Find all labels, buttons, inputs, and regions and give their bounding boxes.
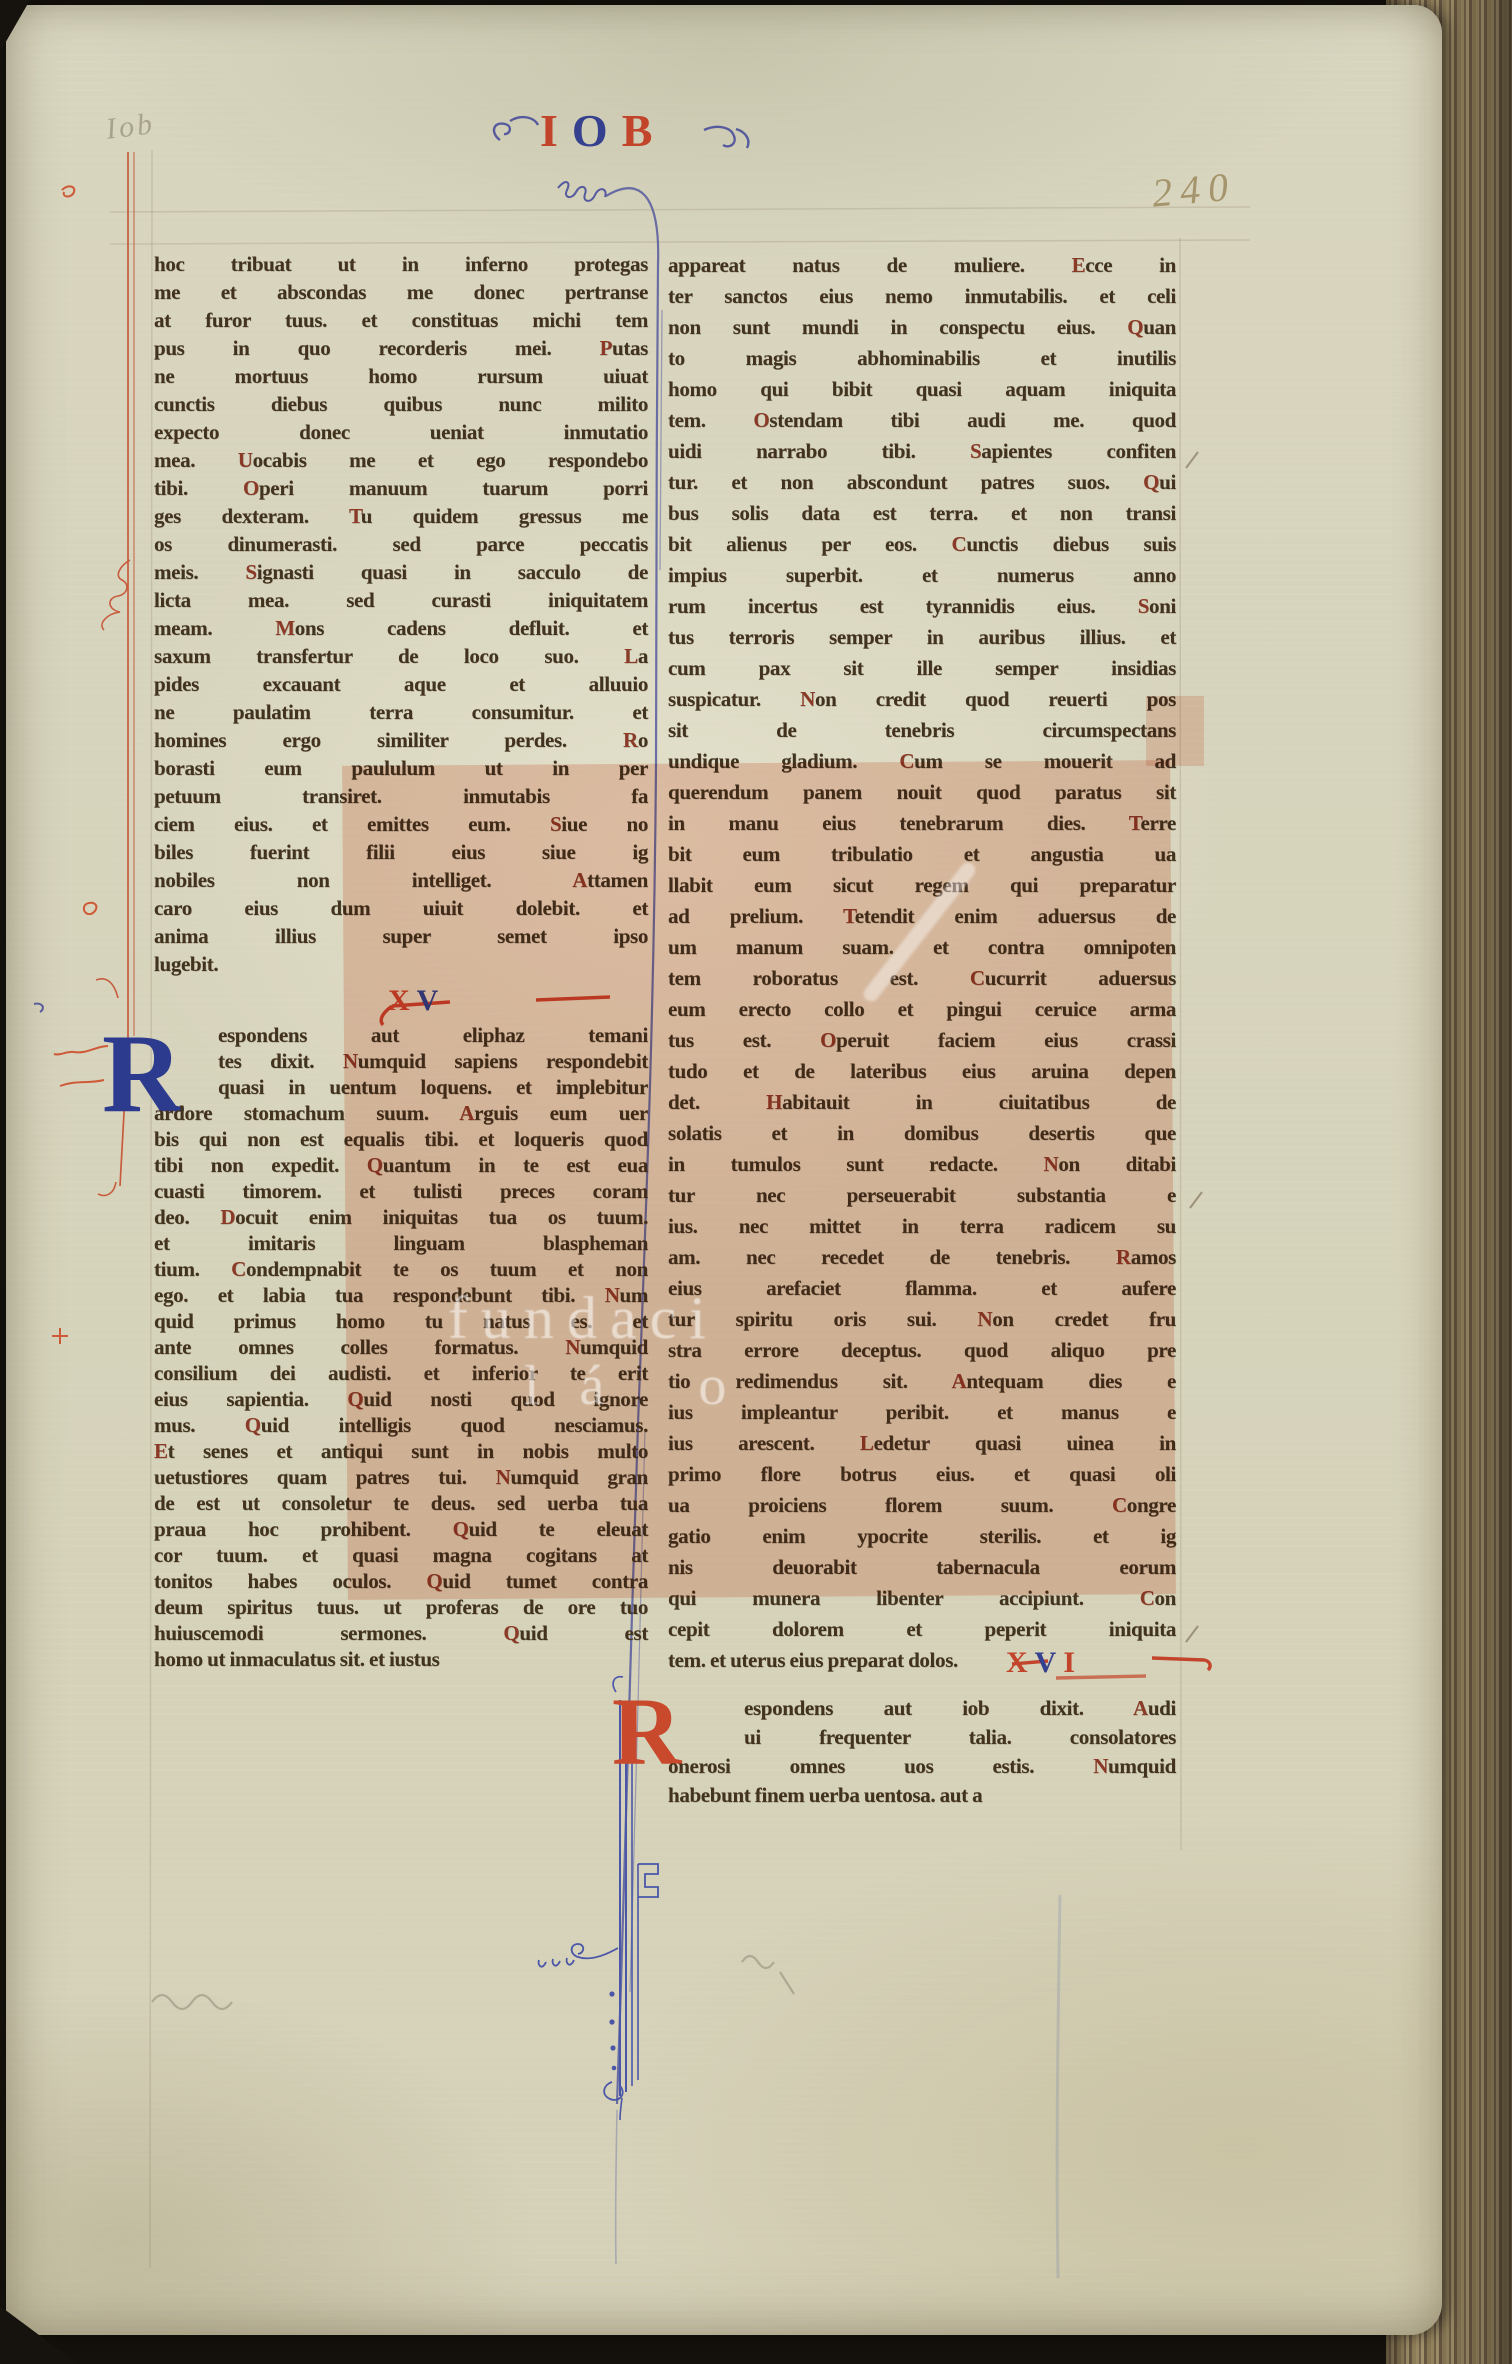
manuscript-line: sit de tenebris circumspectans [668, 715, 1176, 746]
running-title-letter: B [622, 105, 667, 156]
manuscript-line: at furor tuus. et constituas michi tem [154, 306, 648, 334]
text-column-2-lower: espondens aut iob dixit. Audiui frequent… [668, 1694, 1176, 1810]
running-title: IOB [540, 108, 666, 154]
manuscript-line: saxum transfertur de loco suo. La [154, 642, 648, 670]
manuscript-line: pides excauant aque et alluuio [154, 670, 648, 698]
manuscript-line: cum pax sit ille semper insidias [668, 653, 1176, 684]
manuscript-line: meis. Signasti quasi in sacculo de [154, 558, 648, 586]
manuscript-line: uidi narrabo tibi. Sapientes confiten [668, 436, 1176, 467]
manuscript-line: homo ut inmaculatus sit. et iustus [154, 1646, 648, 1672]
running-title-letter: I [540, 105, 572, 156]
watermark-text: fundaci [448, 1284, 719, 1353]
manuscript-line: bit alienus per eos. Cunctis diebus suis [668, 529, 1176, 560]
manuscript-line: tur. et non abscondunt patres suos. Qui [668, 467, 1176, 498]
manuscript-line: ne mortuus homo rursum uiuat [154, 362, 648, 390]
manuscript-line: appareat natus de muliere. Ecce in [668, 250, 1176, 281]
manuscript-line: homines ergo similiter perdes. Ro [154, 726, 648, 754]
manuscript-line: homo qui bibit quasi aquam iniquita [668, 374, 1176, 405]
manuscript-line: tem. Ostendam tibi audi me. quod [668, 405, 1176, 436]
manuscript-line: ges dexteram. Tu quidem gressus me [154, 502, 648, 530]
manuscript-line: to magis abhominabilis et inutilis [668, 343, 1176, 374]
manuscript-line: tus terroris semper in auribus illius. e… [668, 622, 1176, 653]
manuscript-line: os dinumerasti. sed parce peccatis [154, 530, 648, 558]
watermark-text: lá o [524, 1354, 766, 1418]
manuscript-line: cunctis diebus quibus nunc milito [154, 390, 648, 418]
manuscript-line: pus in quo recorderis mei. Putas [154, 334, 648, 362]
manuscript-photo: IOB 240 Iob hoc tribuat ut in inferno pr… [0, 0, 1512, 2364]
running-title-letter: O [572, 105, 622, 156]
manuscript-line: me et abscondas me donec pertranse [154, 278, 648, 306]
manuscript-line: ter sanctos eius nemo inmutabilis. et ce… [668, 281, 1176, 312]
manuscript-line: rum incertus est tyrannidis eius. Soni [668, 591, 1176, 622]
manuscript-line: expecto donec ueniat inmutatio [154, 418, 648, 446]
color-calibration-overlay [1146, 696, 1204, 766]
manuscript-line: non sunt mundi in conspectu eius. Quan [668, 312, 1176, 343]
manuscript-line: ui frequenter talia. consolatores [668, 1723, 1176, 1752]
manuscript-line: meam. Mons cadens defluit. et [154, 614, 648, 642]
manuscript-line: huiuscemodi sermones. Quid est [154, 1620, 648, 1646]
manuscript-line: mea. Uocabis me et ego respondebo [154, 446, 648, 474]
pencil-annotation: Iob [104, 107, 157, 147]
folio-number: 240 [1150, 162, 1238, 216]
color-calibration-overlay [342, 760, 1176, 1600]
manuscript-line: impius superbit. et numerus anno [668, 560, 1176, 591]
manuscript-line: ne paulatim terra consumitur. et [154, 698, 648, 726]
manuscript-line: espondens aut iob dixit. Audi [668, 1694, 1176, 1723]
manuscript-line: licta mea. sed curasti iniquitatem [154, 586, 648, 614]
manuscript-line: habebunt finem uerba uentosa. aut a [668, 1781, 1176, 1810]
manuscript-line: hoc tribuat ut in inferno protegas [154, 250, 648, 278]
chapter-number-xvi: XVI [1006, 1646, 1082, 1680]
manuscript-line: onerosi omnes uos estis. Numquid [668, 1752, 1176, 1781]
manuscript-line: tibi. Operi manuum tuarum porri [154, 474, 648, 502]
chapter-numeral: XVI [1006, 1646, 1082, 1679]
manuscript-line: suspicatur. Non credit quod reuerti pos [668, 684, 1176, 715]
manuscript-line: cepit dolorem et peperit iniquita [668, 1614, 1176, 1645]
manuscript-line: bus solis data est terra. et non transi [668, 498, 1176, 529]
manuscript-line: tem. et uterus eius preparat dolos. [668, 1645, 1176, 1676]
